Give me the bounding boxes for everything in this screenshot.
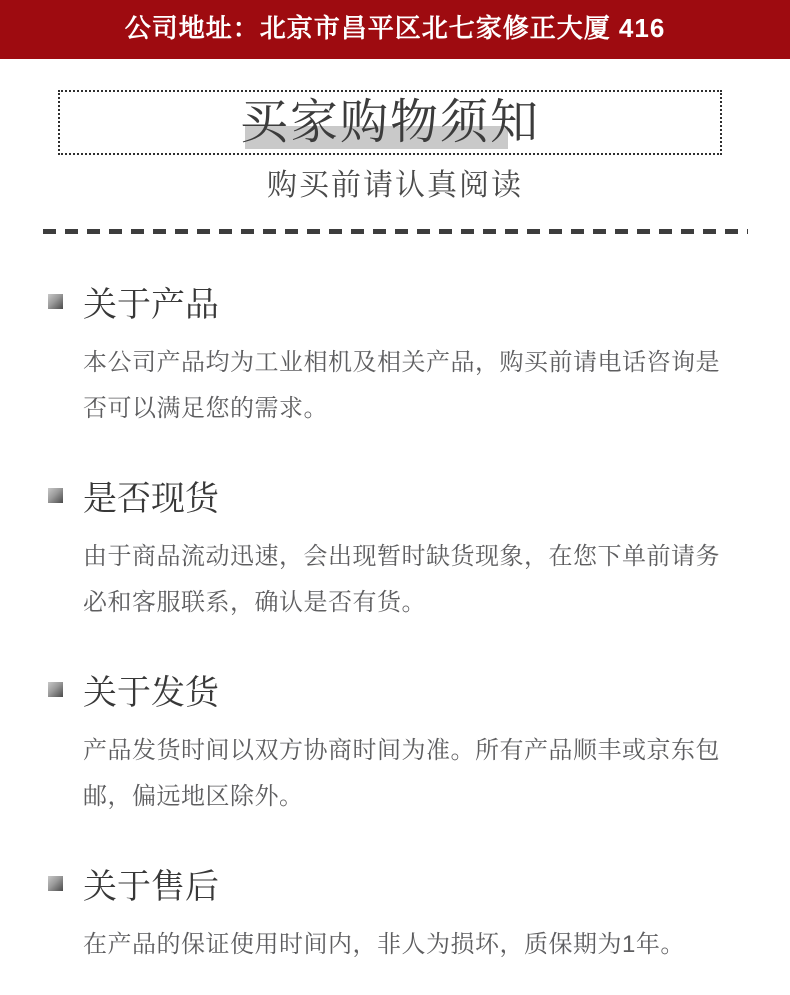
section-bullet-icon bbox=[48, 876, 63, 891]
section-header: 关于发货 bbox=[48, 673, 748, 713]
page-root: 公司地址：北京市昌平区北七家修正大厦 416 买家购物须知 购买前请认真阅读 关… bbox=[0, 0, 790, 968]
section-heading: 关于发货 bbox=[83, 673, 219, 713]
section-bullet-icon bbox=[48, 682, 63, 697]
section-body: 由于商品流动迅速，会出现暂时缺货现象，在您下单前请务必和客服联系，确认是否有货。 bbox=[83, 534, 731, 626]
notice-sections-list: 关于产品 本公司产品均为工业相机及相关产品，购买前请电话咨询是否可以满足您的需求… bbox=[0, 285, 790, 968]
section-body: 本公司产品均为工业相机及相关产品，购买前请电话咨询是否可以满足您的需求。 bbox=[83, 340, 731, 432]
section-heading: 关于售后 bbox=[83, 867, 219, 907]
section-bullet-icon bbox=[48, 488, 63, 503]
section-body: 在产品的保证使用时间内，非人为损坏，质保期为1年。 bbox=[83, 922, 731, 968]
section-heading: 关于产品 bbox=[83, 285, 219, 325]
section-bullet-icon bbox=[48, 294, 63, 309]
section-shipping: 关于发货 产品发货时间以双方协商时间为准。所有产品顺丰或京东包邮，偏远地区除外。 bbox=[48, 673, 748, 820]
company-address-banner: 公司地址：北京市昌平区北七家修正大厦 416 bbox=[0, 0, 790, 59]
page-title: 买家购物须知 bbox=[240, 99, 540, 147]
notice-title-box: 买家购物须知 bbox=[58, 90, 722, 155]
page-subtitle: 购买前请认真阅读 bbox=[0, 169, 790, 203]
section-stock-availability: 是否现货 由于商品流动迅速，会出现暂时缺货现象，在您下单前请务必和客服联系，确认… bbox=[48, 479, 748, 626]
section-about-product: 关于产品 本公司产品均为工业相机及相关产品，购买前请电话咨询是否可以满足您的需求… bbox=[48, 285, 748, 432]
section-heading: 是否现货 bbox=[83, 479, 219, 519]
company-address-text: 公司地址：北京市昌平区北七家修正大厦 416 bbox=[125, 8, 666, 45]
section-header: 关于产品 bbox=[48, 285, 748, 325]
dashed-divider bbox=[43, 229, 748, 234]
section-after-sales: 关于售后 在产品的保证使用时间内，非人为损坏，质保期为1年。 bbox=[48, 867, 748, 968]
section-header: 关于售后 bbox=[48, 867, 748, 907]
section-header: 是否现货 bbox=[48, 479, 748, 519]
section-body: 产品发货时间以双方协商时间为准。所有产品顺丰或京东包邮，偏远地区除外。 bbox=[83, 728, 731, 820]
